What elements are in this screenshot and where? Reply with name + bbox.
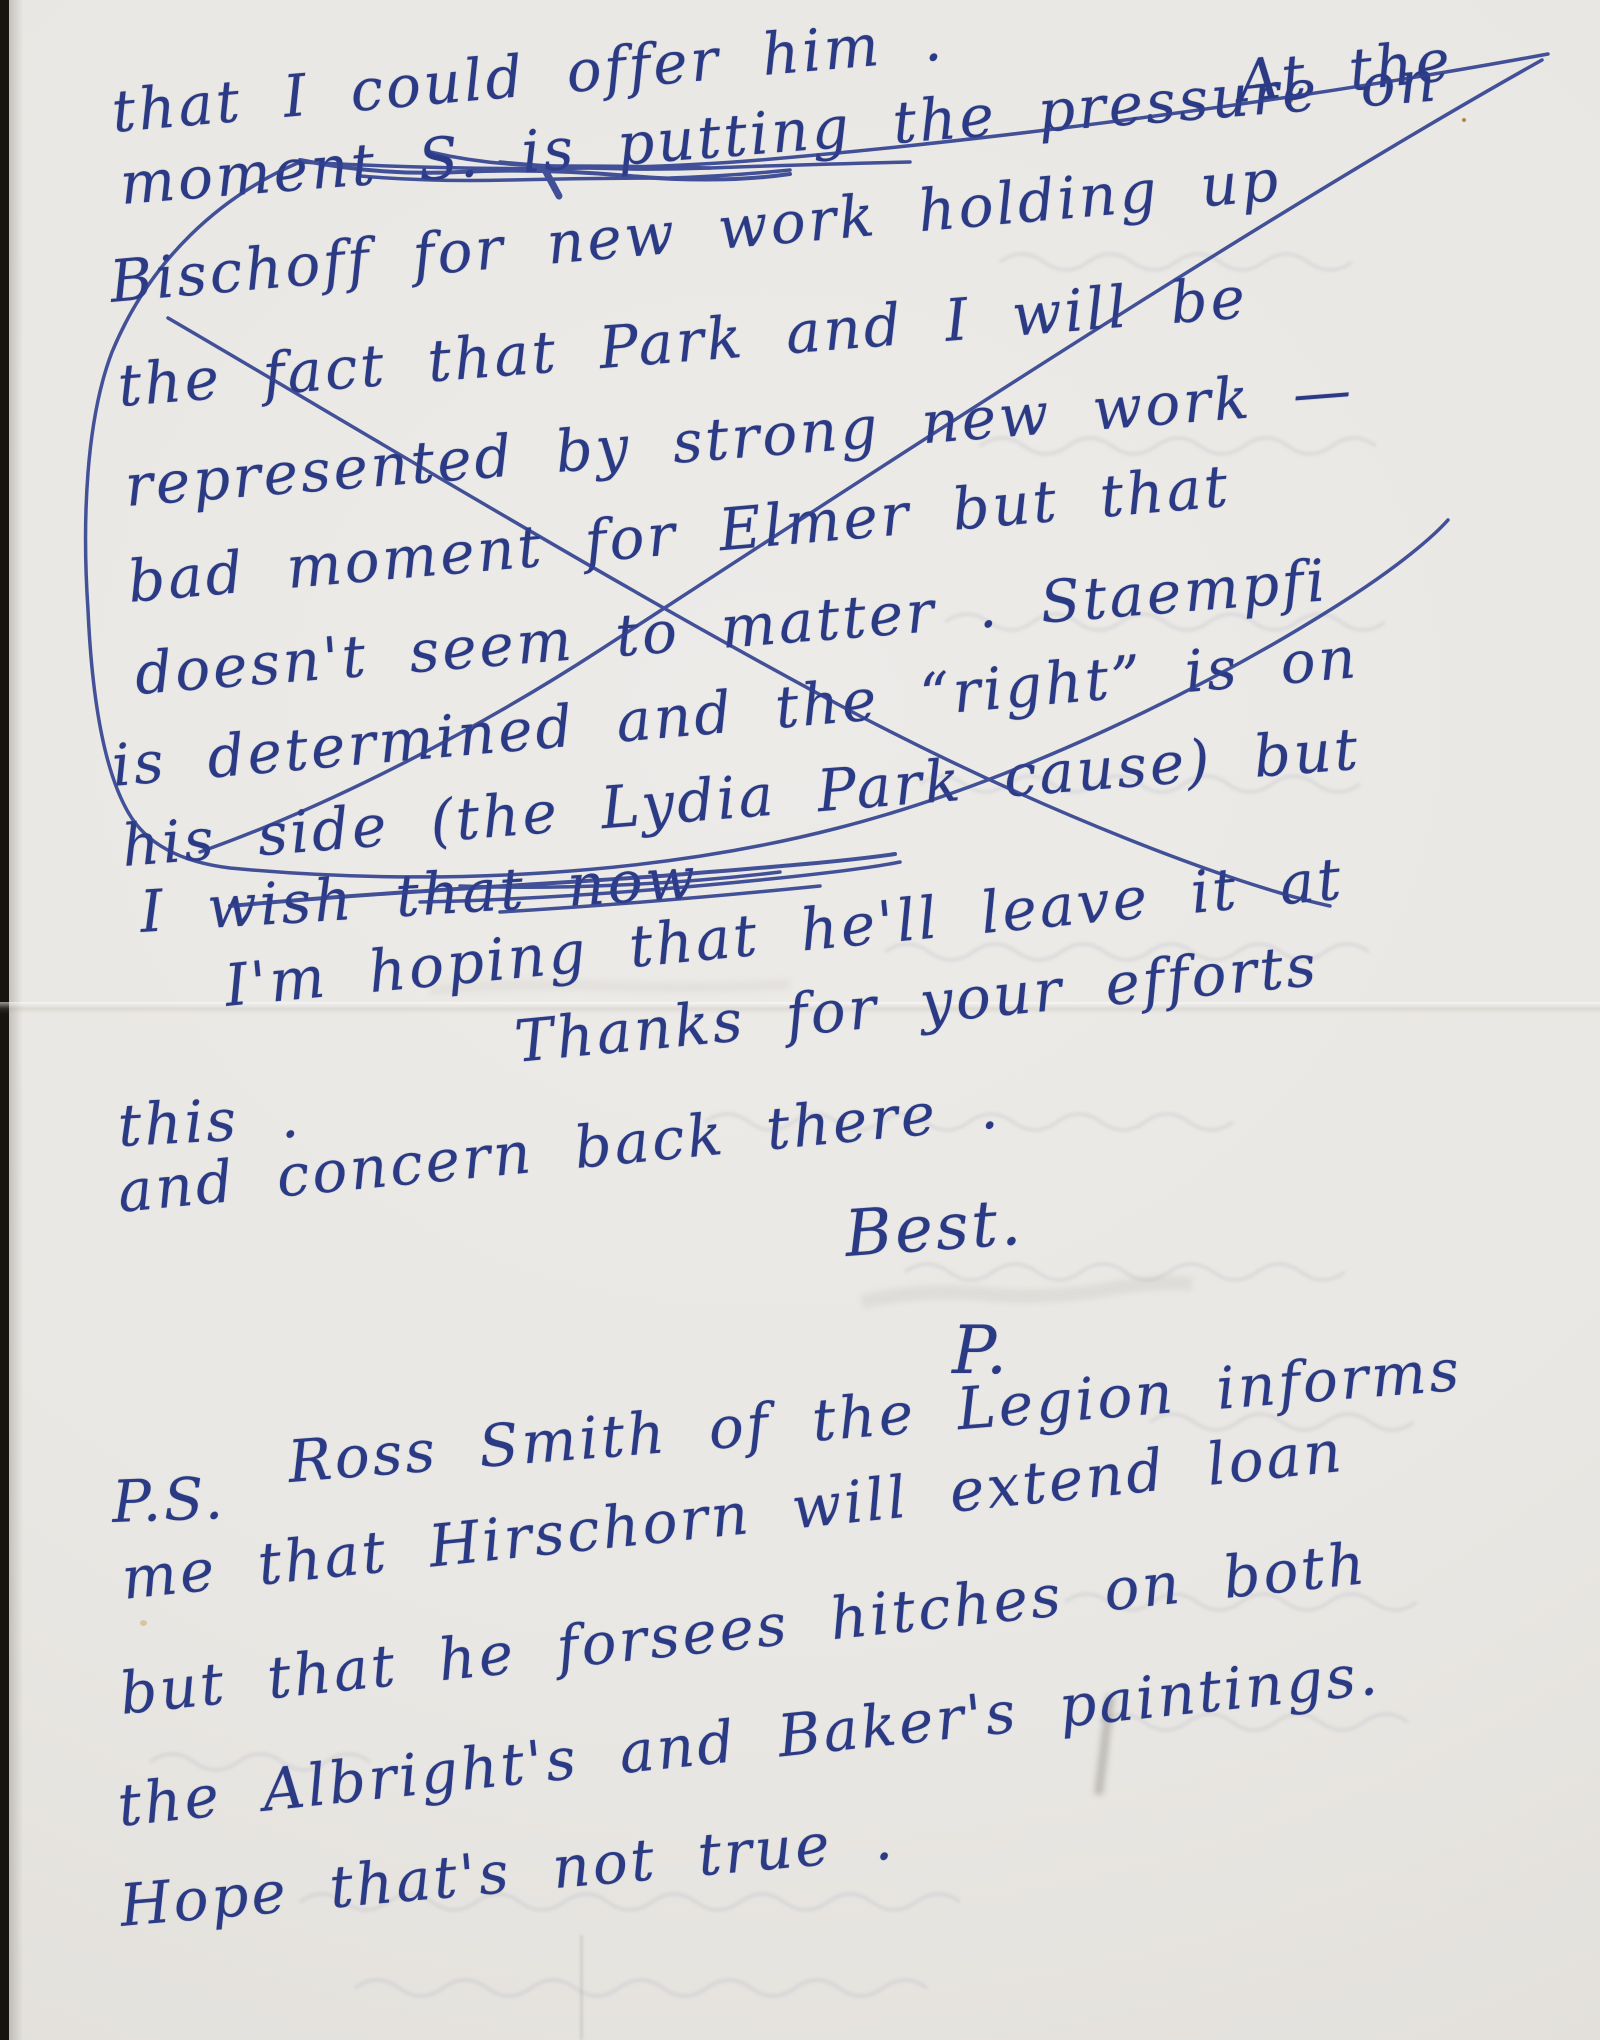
handwritten-letter-page: that I could offer him . At the moment S… xyxy=(0,0,1600,2040)
signature-closing: Best. xyxy=(842,1186,1026,1272)
scan-edge-shadow xyxy=(9,0,23,2040)
postscript-label: P.S. xyxy=(111,1464,227,1536)
scan-left-edge xyxy=(0,0,9,2040)
vertical-fold-crease xyxy=(580,1935,583,2040)
paper-speck xyxy=(140,1620,147,1626)
paper-speck xyxy=(1462,118,1466,122)
